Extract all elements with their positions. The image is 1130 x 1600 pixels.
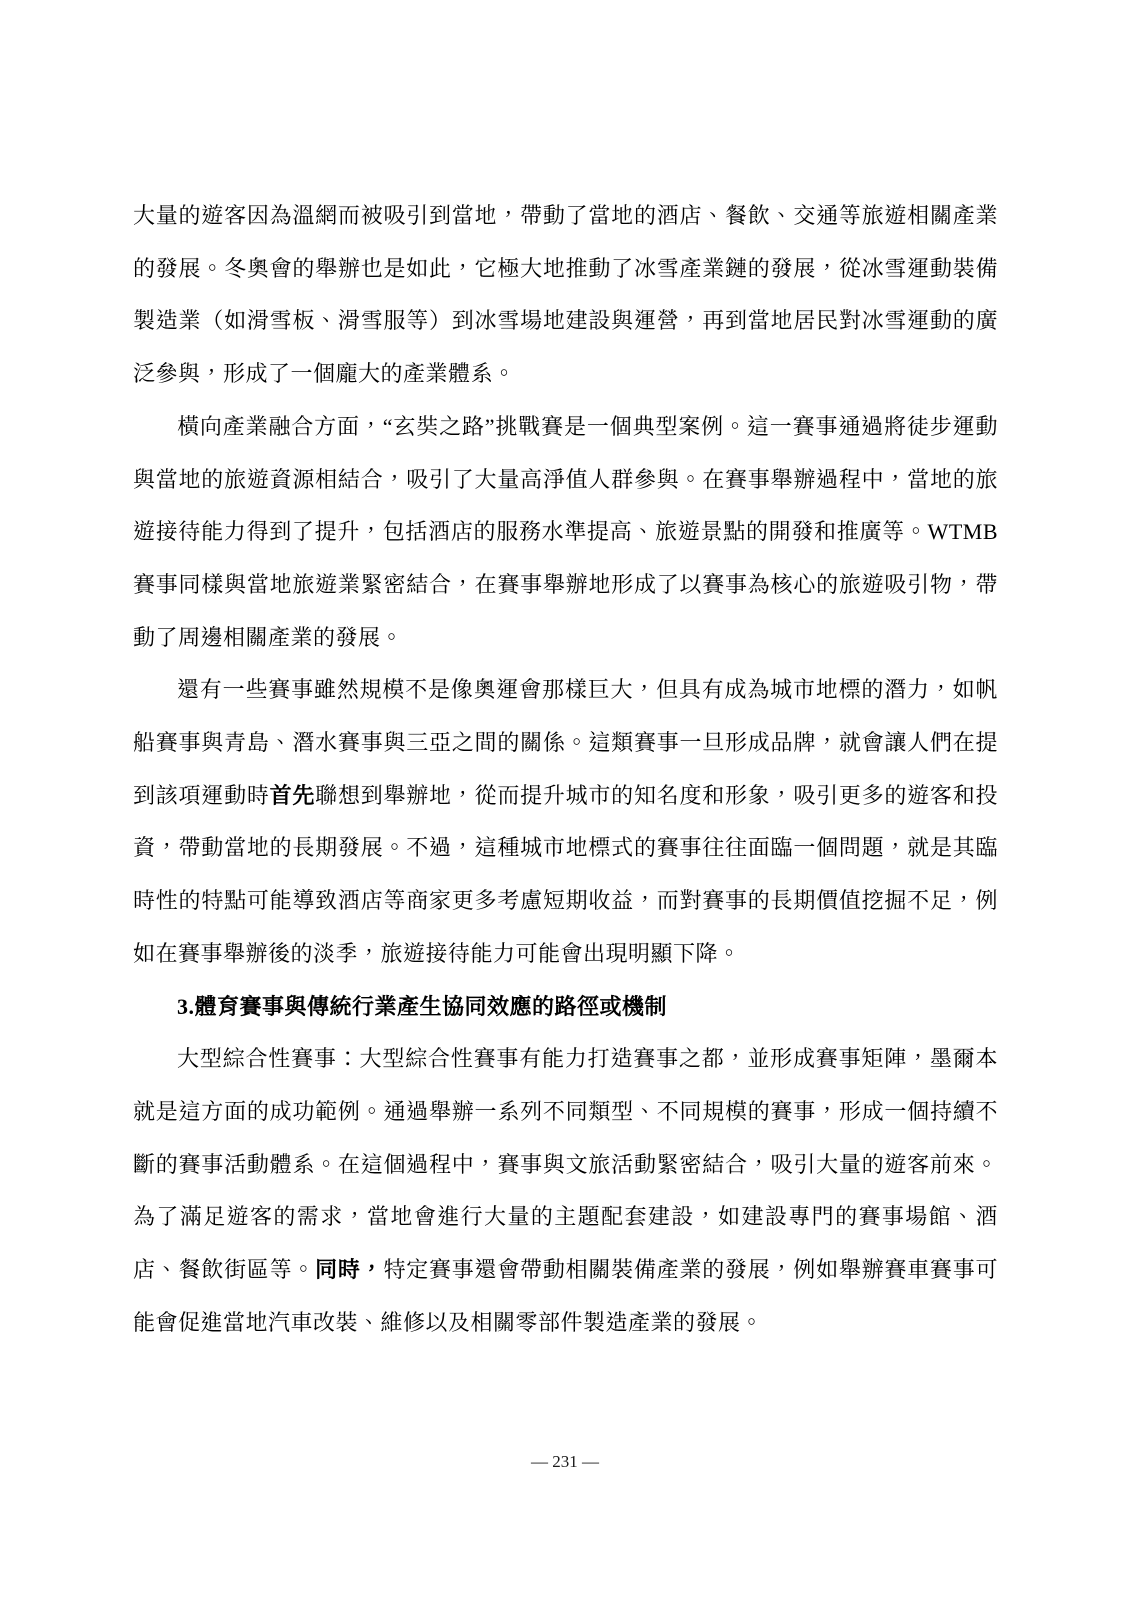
bold-text: 首先 (270, 783, 316, 808)
body-text: 橫向產業融合方面，“玄奘之路”挑戰賽是一個典型案例。這一賽事通過將徒步運動與當地… (133, 414, 998, 650)
paragraph: 大型綜合性賽事：大型綜合性賽事有能力打造賽事之都，並形成賽事矩陣，墨爾本就是這方… (133, 1033, 998, 1349)
page-number: — 231 — (0, 1452, 1130, 1472)
paragraph: 還有一些賽事雖然規模不是像奧運會那樣巨大，但具有成為城市地標的潛力，如帆船賽事與… (133, 664, 998, 980)
paragraph: 橫向產業融合方面，“玄奘之路”挑戰賽是一個典型案例。這一賽事通過將徒步運動與當地… (133, 401, 998, 665)
document-page: 大量的遊客因為溫網而被吸引到當地，帶動了當地的酒店、餐飲、交通等旅遊相關產業的發… (0, 0, 1130, 1600)
paragraph: 大量的遊客因為溫網而被吸引到當地，帶動了當地的酒店、餐飲、交通等旅遊相關產業的發… (133, 190, 998, 401)
section-heading: 3.體育賽事與傳統行業產生協同效應的路徑或機制 (133, 981, 998, 1034)
bold-text: 3.體育賽事與傳統行業產生協同效應的路徑或機制 (177, 994, 667, 1019)
bold-text: 同時， (315, 1257, 383, 1282)
body-text: 大型綜合性賽事：大型綜合性賽事有能力打造賽事之都，並形成賽事矩陣，墨爾本就是這方… (133, 1046, 998, 1282)
document-body: 大量的遊客因為溫網而被吸引到當地，帶動了當地的酒店、餐飲、交通等旅遊相關產業的發… (133, 190, 998, 1349)
body-text: 大量的遊客因為溫網而被吸引到當地，帶動了當地的酒店、餐飲、交通等旅遊相關產業的發… (133, 203, 998, 386)
body-text: 聯想到舉辦地，從而提升城市的知名度和形象，吸引更多的遊客和投資，帶動當地的長期發… (133, 783, 998, 966)
